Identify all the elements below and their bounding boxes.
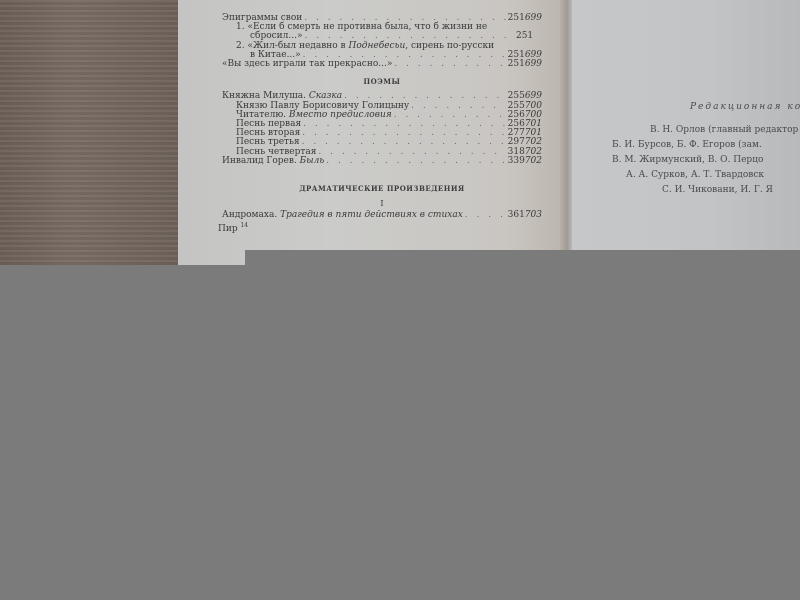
leader-dots	[303, 120, 505, 129]
table-of-contents: Эпиграммы свои 251 699 1. «Если б смерть…	[222, 14, 542, 234]
wooden-table-background	[0, 0, 180, 265]
leader-dots	[394, 60, 505, 69]
editorial-line: В. М. Жирмунский, В. О. Перцо	[612, 153, 800, 168]
leader-dots	[394, 111, 506, 120]
leader-dots	[302, 129, 505, 138]
leader-dots	[326, 157, 505, 166]
leader-dots	[318, 148, 505, 157]
leader-dots	[465, 211, 506, 220]
leader-dots	[302, 138, 506, 147]
toc-entry-drama: Андромаха. Трагедия в пяти действиях в с…	[222, 211, 542, 220]
gray-occlusion-overlay	[245, 250, 800, 265]
editorial-line: А. А. Сурков, А. Т. Твардовск	[626, 168, 800, 183]
toc-entry-drama: Пир 14	[218, 221, 542, 234]
toc-entry-epigram-3: «Вы здесь играли так прекрасно...» 251 6…	[222, 60, 542, 69]
toc-entry-epigram-1: 1. «Если б смерть не противна была, что …	[222, 23, 542, 41]
toc-entry-poem: Инвалид Горев. Быль 339 702	[222, 157, 542, 166]
gray-occlusion-overlay	[0, 265, 800, 600]
editorial-line: Б. И. Бурсов, Б. Ф. Егоров (зам.	[612, 138, 800, 153]
leader-dots	[411, 102, 505, 111]
section-roman-numeral: I	[222, 199, 542, 208]
editorial-heading: Редакционная ко	[690, 100, 800, 115]
editorial-board-block: Редакционная ко В. Н. Орлов (главный ред…	[620, 100, 800, 198]
section-heading-poems: ПОЭМЫ	[222, 77, 542, 86]
toc-entry-epigram-2: 2. «Жил-был недавно в Поднебесьи, сирень…	[222, 42, 542, 60]
editorial-line: В. Н. Орлов (главный редактор	[650, 123, 800, 138]
section-heading-drama: ДРАМАТИЧЕСКИЕ ПРОИЗВЕДЕНИЯ	[222, 184, 542, 193]
editorial-line: С. И. Чиковани, И. Г. Я	[662, 183, 800, 198]
